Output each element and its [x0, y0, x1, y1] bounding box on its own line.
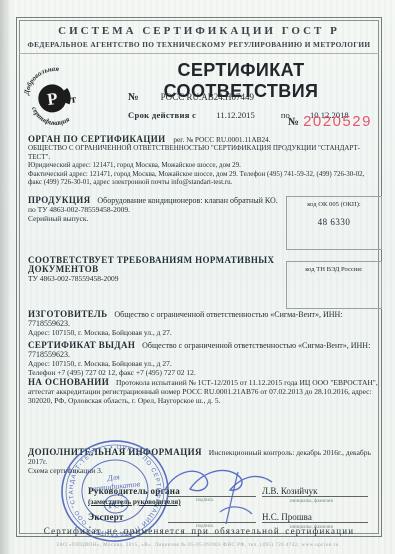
- head-name: Л.В. Козийчук: [262, 486, 368, 497]
- section-issued-to: СЕРТИФИКАТ ВЫДАН Общество с ограниченной…: [28, 341, 380, 377]
- certificate-page: СИСТЕМА СЕРТИФИКАЦИИ ГОСТ Р ФЕДЕРАЛЬНОЕ …: [0, 0, 395, 554]
- section-heading: ОРГАН ПО СЕРТИФИКАЦИИ: [28, 134, 166, 144]
- print-shop-footer: ЗАО «ОПЦИОН», Москва, 2015, «В». Лицензи…: [0, 543, 395, 548]
- section-product: ПРОДУКЦИЯ Оборудование кондиционеров: кл…: [28, 196, 280, 223]
- system-title: СИСТЕМА СЕРТИФИКАЦИИ ГОСТ Р: [20, 25, 378, 37]
- cert-number-label: №: [128, 92, 139, 103]
- validity-from: 11.12.2015: [216, 110, 254, 120]
- okp-code-value: 48 6330: [287, 217, 381, 227]
- header-divider: [19, 53, 379, 54]
- tnved-code-box: код ТН ВЭД России:: [286, 261, 382, 309]
- blank-number: №2020529: [288, 113, 372, 130]
- validity-label: Срок действия с: [128, 110, 196, 120]
- svg-text:т: т: [70, 93, 78, 106]
- agency-title: ФЕДЕРАЛЬНОЕ АГЕНТСТВО ПО ТЕХНИЧЕСКОМУ РЕ…: [20, 40, 378, 49]
- head-signature-line: [168, 482, 256, 497]
- scan-edge-shadow: [0, 0, 12, 554]
- footnote: Сертификат не применяется при обязательн…: [20, 526, 378, 536]
- cert-number-row: №РОСС RU.АВ24.Н07449: [128, 92, 254, 103]
- section-certification-body: ОРГАН ПО СЕРТИФИКАЦИИ рег. № РОСС RU.000…: [28, 135, 380, 187]
- registration-number: рег. № РОСС RU.0001.11АВ24.: [173, 135, 270, 144]
- head-role-sub-label: (заместитель руководителя): [88, 497, 181, 506]
- okp-code-box: код ОК 005 (ОКП): 48 6330: [286, 196, 382, 250]
- expert-name: Н.С. Прошва: [262, 512, 368, 523]
- cert-number-value: РОСС RU.АВ24.Н07449: [161, 92, 255, 102]
- blank-number-value: 2020529: [303, 113, 372, 130]
- expert-role-label: Эксперт: [88, 512, 124, 522]
- okp-code-label: код ОК 005 (ОКП):: [287, 201, 381, 208]
- head-role-label: Руководитель органа: [88, 486, 180, 496]
- tnved-code-label: код ТН ВЭД России:: [287, 266, 381, 273]
- section-manufacturer: ИЗГОТОВИТЕЛЬ Общество с ограниченной отв…: [28, 310, 380, 337]
- rst-logo-icon: Добровольная сертификация Р т: [13, 53, 97, 139]
- expert-signature-line: [168, 508, 256, 523]
- section-conformity: СООТВЕТСТВУЕТ ТРЕБОВАНИЯМ НОРМАТИВНЫХ ДО…: [28, 256, 280, 283]
- section-basis: НА ОСНОВАНИИ Протокола испытаний № 1СТ-1…: [28, 378, 380, 405]
